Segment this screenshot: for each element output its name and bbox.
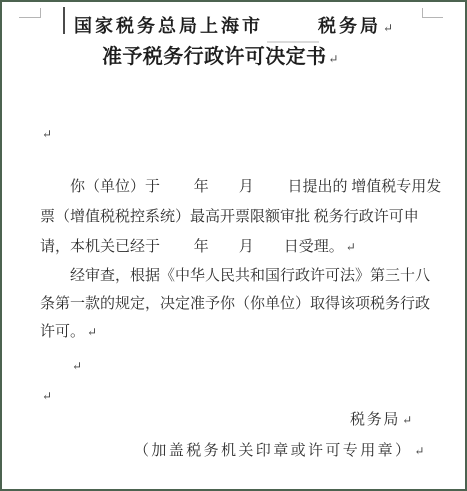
empty-paragraph: ↵ [70, 358, 82, 375]
seal-note-line: （加盖税务机关印章或许可专用章）↵ [134, 443, 424, 460]
document-page: 国家税务总局上海市税务局↵ 准予税务行政许可决定书↵ ↵ 你（单位）于 年 月 … [0, 0, 467, 491]
body-text-line: 许可。↵ [40, 324, 97, 341]
paragraph-mark: ↵ [42, 127, 52, 141]
body-text: 许可。 [40, 324, 85, 340]
body-text: 票（增值税税控系统）最高开票限额审批 税务行政许可申 [40, 209, 419, 225]
empty-paragraph: ↵ [40, 388, 52, 405]
body-text-line: 票（增值税税控系统）最高开票限额审批 税务行政许可申 [40, 209, 419, 226]
agency-name-left: 国家税务总局上海市 [74, 16, 263, 36]
document-title-line: 准予税务行政许可决定书↵ [102, 46, 338, 69]
body-text: 请，本机关已经于 年 月 日受理。 [40, 239, 344, 255]
paragraph-mark: ↵ [328, 52, 338, 66]
body-text: 你（单位）于 年 月 日提出的 增值税专用发 [70, 179, 441, 195]
text-boundary-mark-top-left [19, 8, 41, 18]
body-text: 经审查，根据《中华人民共和国行政许可法》第三十八 [70, 268, 430, 284]
paragraph-mark: ↵ [87, 325, 97, 339]
body-text-line: 你（单位）于 年 月 日提出的 增值税专用发 [70, 179, 441, 196]
body-text-line: 请，本机关已经于 年 月 日受理。↵ [40, 239, 356, 256]
paragraph-mark: ↵ [402, 413, 412, 427]
paragraph-mark: ↵ [383, 21, 393, 35]
paragraph-mark: ↵ [414, 444, 424, 458]
body-text: 条第一款的规定，决定准予你（你单位）取得该项税务行政 [40, 296, 430, 312]
agency-title-line: 国家税务总局上海市税务局↵ [74, 16, 393, 37]
body-text-line: 经审查，根据《中华人民共和国行政许可法》第三十八 [70, 268, 430, 285]
agency-name-right: 税务局 [318, 16, 381, 36]
paragraph-mark: ↵ [72, 359, 82, 373]
paragraph-mark: ↵ [346, 240, 356, 254]
signature-agency: 税务局 [350, 412, 400, 428]
document-title: 准予税务行政许可决定书 [102, 46, 326, 68]
paragraph-mark: ↵ [42, 389, 52, 403]
text-cursor[interactable] [63, 7, 65, 34]
text-boundary-mark-top-right [422, 8, 443, 18]
blank-fill-underline [267, 41, 319, 43]
signature-line: 税务局↵ [350, 412, 412, 429]
body-text-line: 条第一款的规定，决定准予你（你单位）取得该项税务行政 [40, 296, 430, 313]
seal-note: （加盖税务机关印章或许可专用章） [134, 443, 412, 459]
empty-paragraph: ↵ [40, 126, 52, 143]
